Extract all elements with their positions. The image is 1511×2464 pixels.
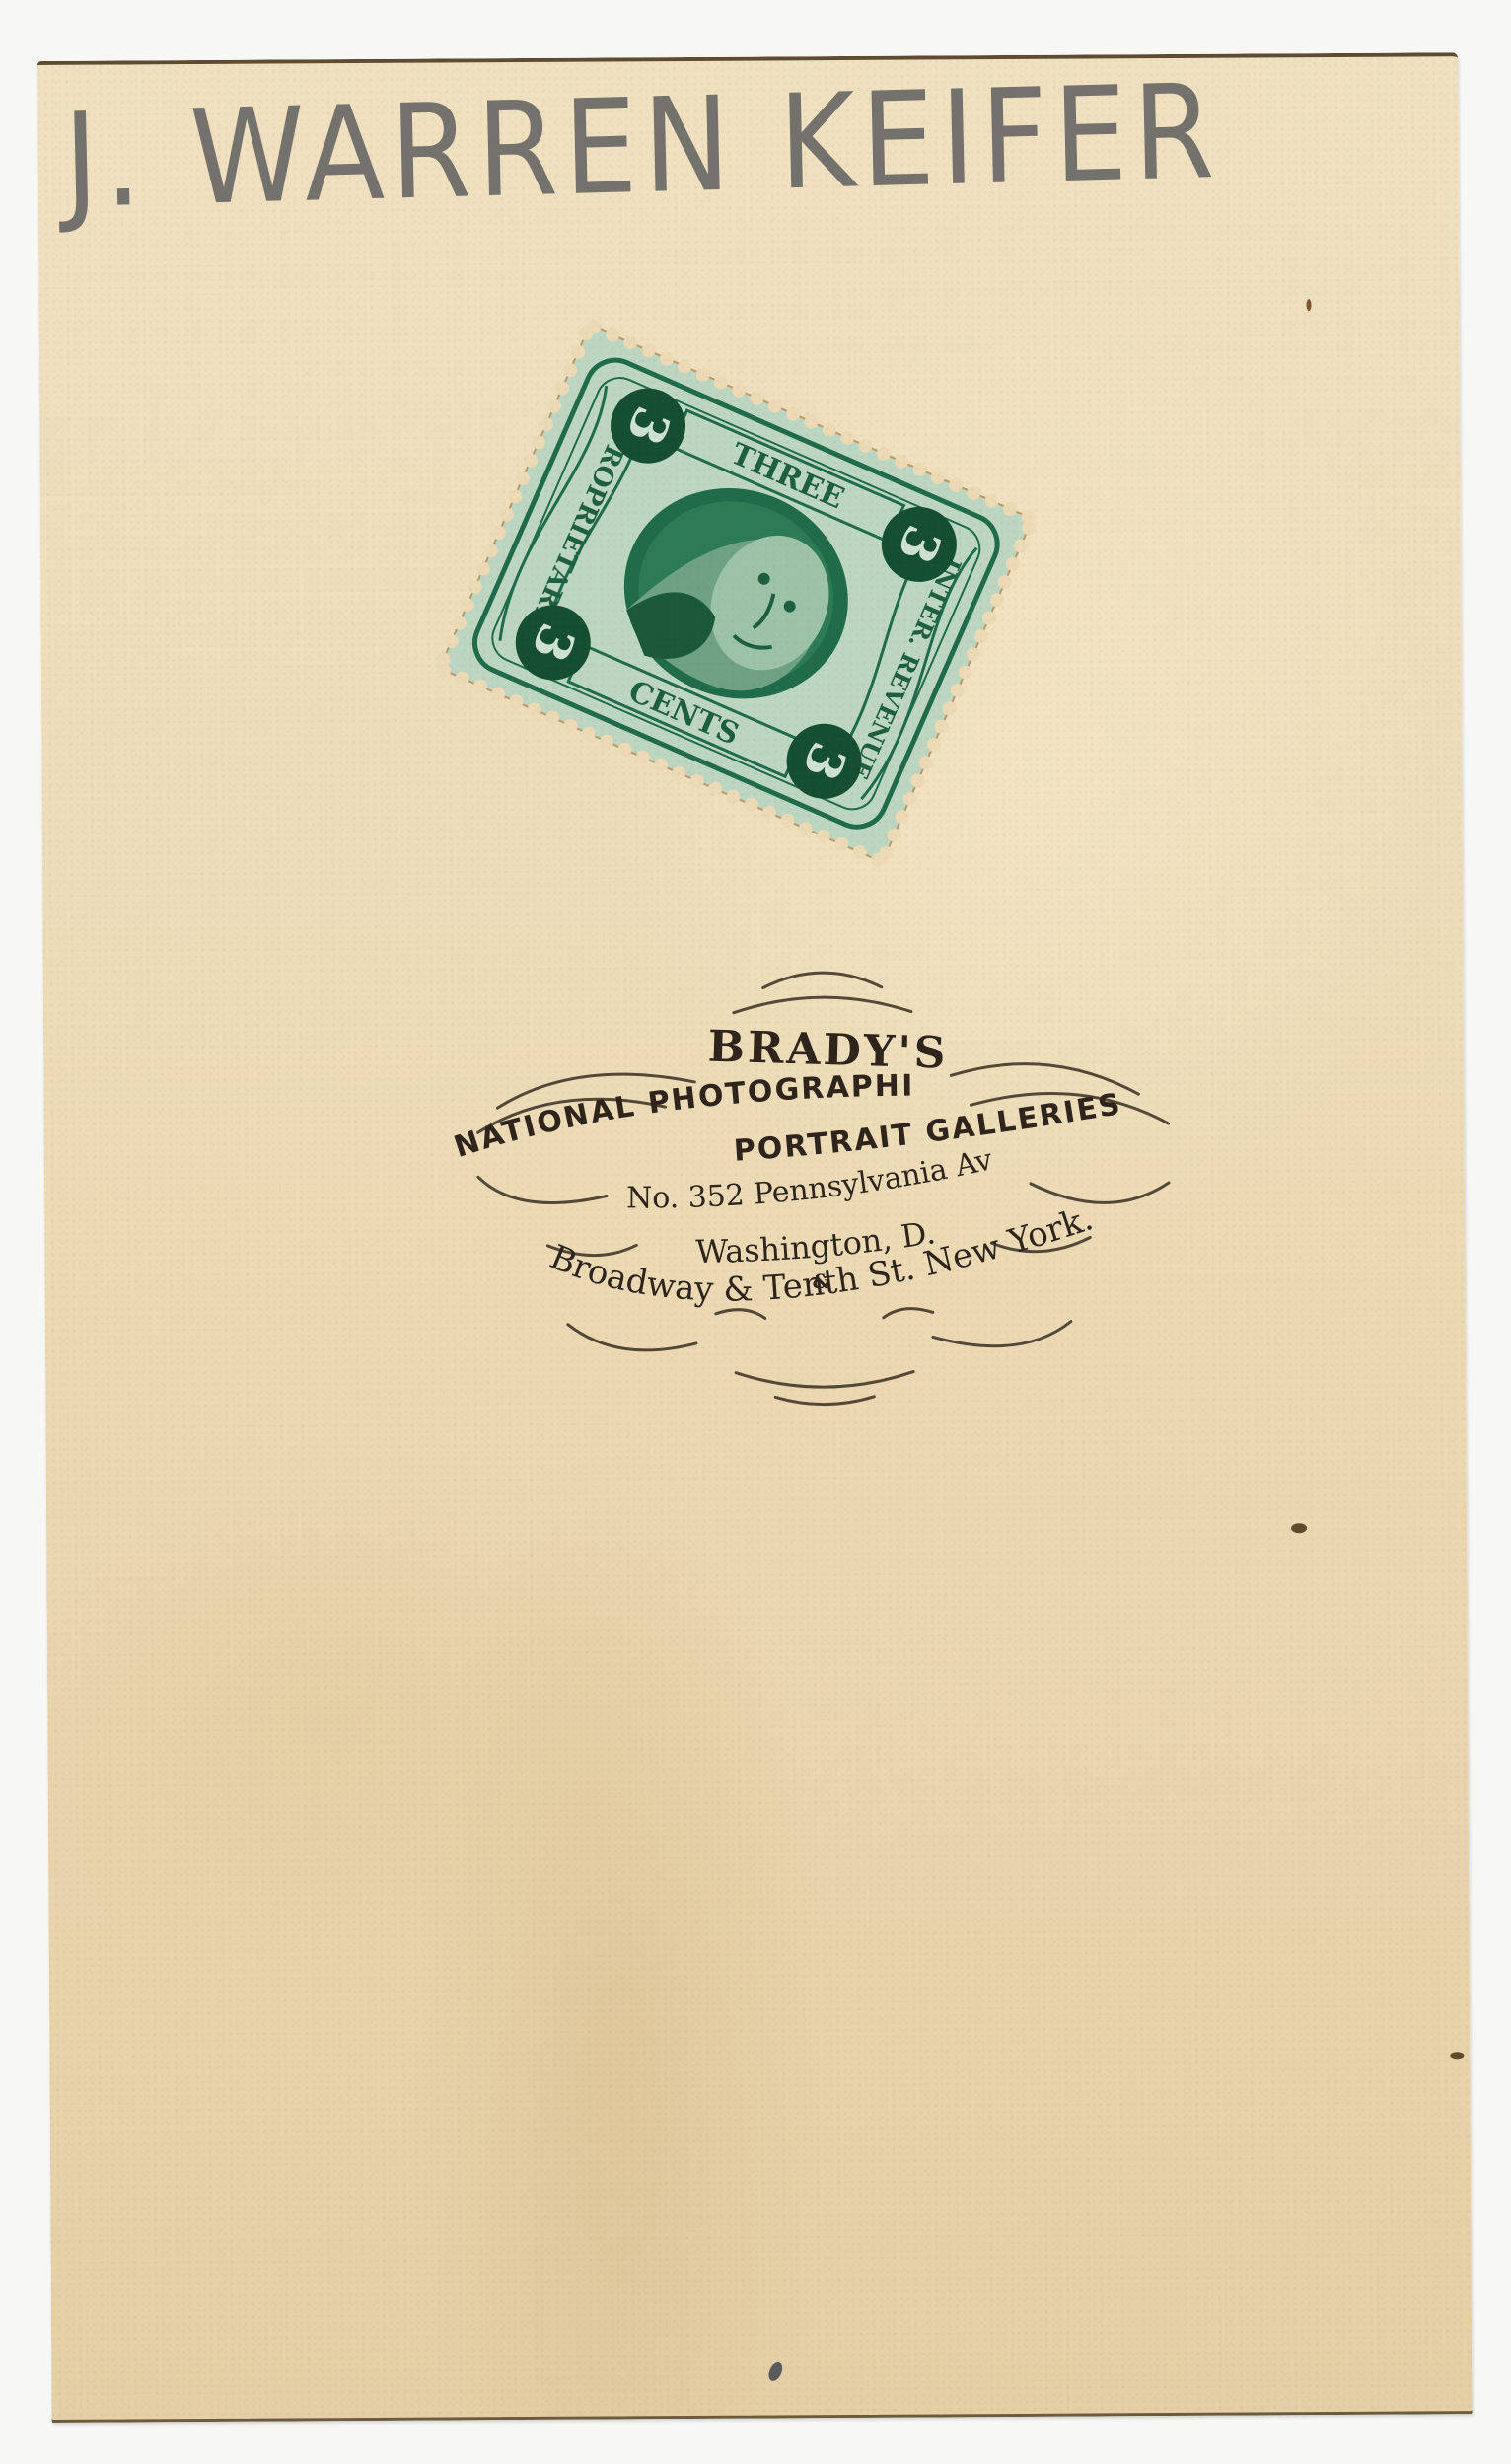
foxing-spot — [1450, 2052, 1464, 2059]
photographer-imprint: BRADY'S NATIONAL PHOTOGRAPHIC PORTRAIT G… — [438, 946, 1210, 1414]
revenue-stamp: THREE CENTS PROPRIETARY INTER. REVENUE — [329, 255, 1122, 951]
foxing-spot — [1306, 299, 1311, 311]
handwritten-name: J. WARREN KEIFER — [62, 55, 1221, 238]
pencil-mark — [766, 2360, 785, 2383]
foxing-spot — [1291, 1523, 1307, 1533]
photograph-card-back: J. WARREN KEIFER THREE — [37, 52, 1473, 2423]
